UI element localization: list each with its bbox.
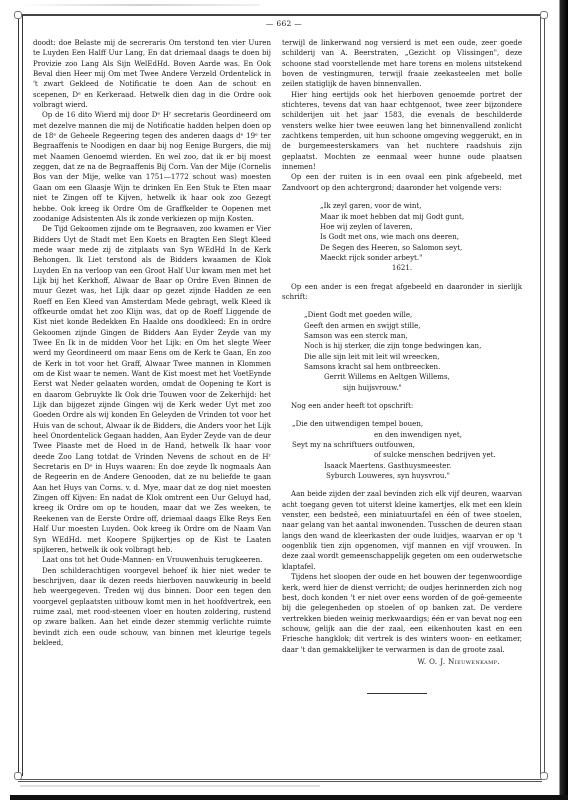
border-corner-ornament-icon — [540, 772, 548, 780]
verse-line: of sulcke menschen bedrijven yet. — [282, 450, 522, 460]
border-corner-ornament-icon — [540, 11, 548, 19]
page-border-left — [18, 16, 23, 776]
end-rule-divider — [367, 693, 427, 694]
verse-fregat-window: „Dient Godt met goeden wille, Geeft den … — [282, 310, 522, 393]
verse-line: Samsons kracht sal hem ontbreecken. — [282, 362, 522, 372]
paragraph: Hier hing eertijds ook het hierboven gen… — [282, 90, 522, 173]
paragraph: doodt: doe Belaste mij de secreraris Om … — [33, 38, 271, 110]
verse-signature: Gerrit Willems en Aeltgen Willems, — [282, 372, 522, 382]
scan-edge-shadow — [10, 795, 568, 800]
paragraph: Den schilderachtigen voorgevel behoef ik… — [33, 566, 271, 649]
verse-line: Die alle sijn leit mit leit wil wreecken… — [282, 352, 522, 362]
verse-line: Is Godt met ons, wie mach ons deeren, — [282, 232, 522, 242]
paragraph: Nog een ander heeft tot opschrift: — [282, 401, 522, 411]
verse-signature: Syburch Louweres, syn huysvrou." — [282, 471, 522, 481]
paragraph: Laat ons tot het Oude-Mannen- en Vrouwen… — [33, 555, 271, 565]
verse-line: Geeft den armen en swijgt stille, — [282, 321, 522, 331]
verse-line: „Ik zeyl garen, voor de wint, — [282, 201, 522, 211]
verse-line: Hoe wij zeylen of laveren, — [282, 222, 522, 232]
paragraph: terwijl de linkerwand nog versierd is me… — [282, 38, 522, 90]
verse-line: „Dient Godt met goeden wille, — [282, 310, 522, 320]
verse-line: Noch is hij sterker, die zijn tonge bedw… — [282, 341, 522, 351]
verse-pink-window: „Ik zeyl garen, voor de wint, Maar ik mo… — [282, 201, 522, 273]
verse-line: Seyt my na schriftuers outfouwen, — [282, 440, 522, 450]
paragraph: Op de 16 dito Wierd mij door Dᵉ Hʳ secre… — [33, 110, 271, 224]
author-signature: W. O. J. Nieuwenkamp. — [282, 657, 522, 667]
verse-line: Samson was een sterck man, — [282, 331, 522, 341]
verse-line: De Segen des Heeren, so Salomon seyt, — [282, 243, 522, 253]
verse-line: en den inwendigen nyet, — [282, 430, 522, 440]
paragraph: De Tijd Gekoomen zijnde om te Begraaven,… — [33, 224, 271, 555]
border-corner-ornament-icon — [14, 11, 22, 19]
verse-signature: Isaack Maertens. Gasthuysmeester. — [282, 461, 522, 471]
paragraph: Aan beide zijden der zaal bevinden zich … — [282, 489, 522, 572]
paragraph: Op een ander is een fregat afgebeeld en … — [282, 282, 522, 303]
page-number: — 662 — — [0, 19, 568, 28]
verse-line: Maar ik moet hebben dat mij Godt gunt, — [282, 212, 522, 222]
verse-line: Maeckt rijck sonder arbeyt." — [282, 253, 522, 263]
border-corner-ornament-icon — [14, 772, 22, 780]
scan-edge-shadow — [556, 0, 568, 800]
verse-signature: sijn huijsvrouw." — [282, 383, 522, 393]
scan-artifact — [20, 785, 320, 787]
paragraph: Tijdens het sloopen der oude en het bouw… — [282, 572, 522, 655]
verse-tempel-window: „Die den uitwendigen tempel bouen, en de… — [282, 419, 522, 481]
right-column: terwijl de linkerwand nog versierd is me… — [282, 38, 522, 694]
scan-artifact — [20, 4, 260, 6]
verse-date: 1621. — [282, 263, 522, 273]
left-column: doodt: doe Belaste mij de secreraris Om … — [33, 38, 271, 648]
verse-line: „Die den uitwendigen tempel bouen, — [282, 419, 522, 429]
paragraph: Op een der ruiten is in een ovaal een pi… — [282, 172, 522, 193]
page-border-right — [540, 16, 545, 776]
